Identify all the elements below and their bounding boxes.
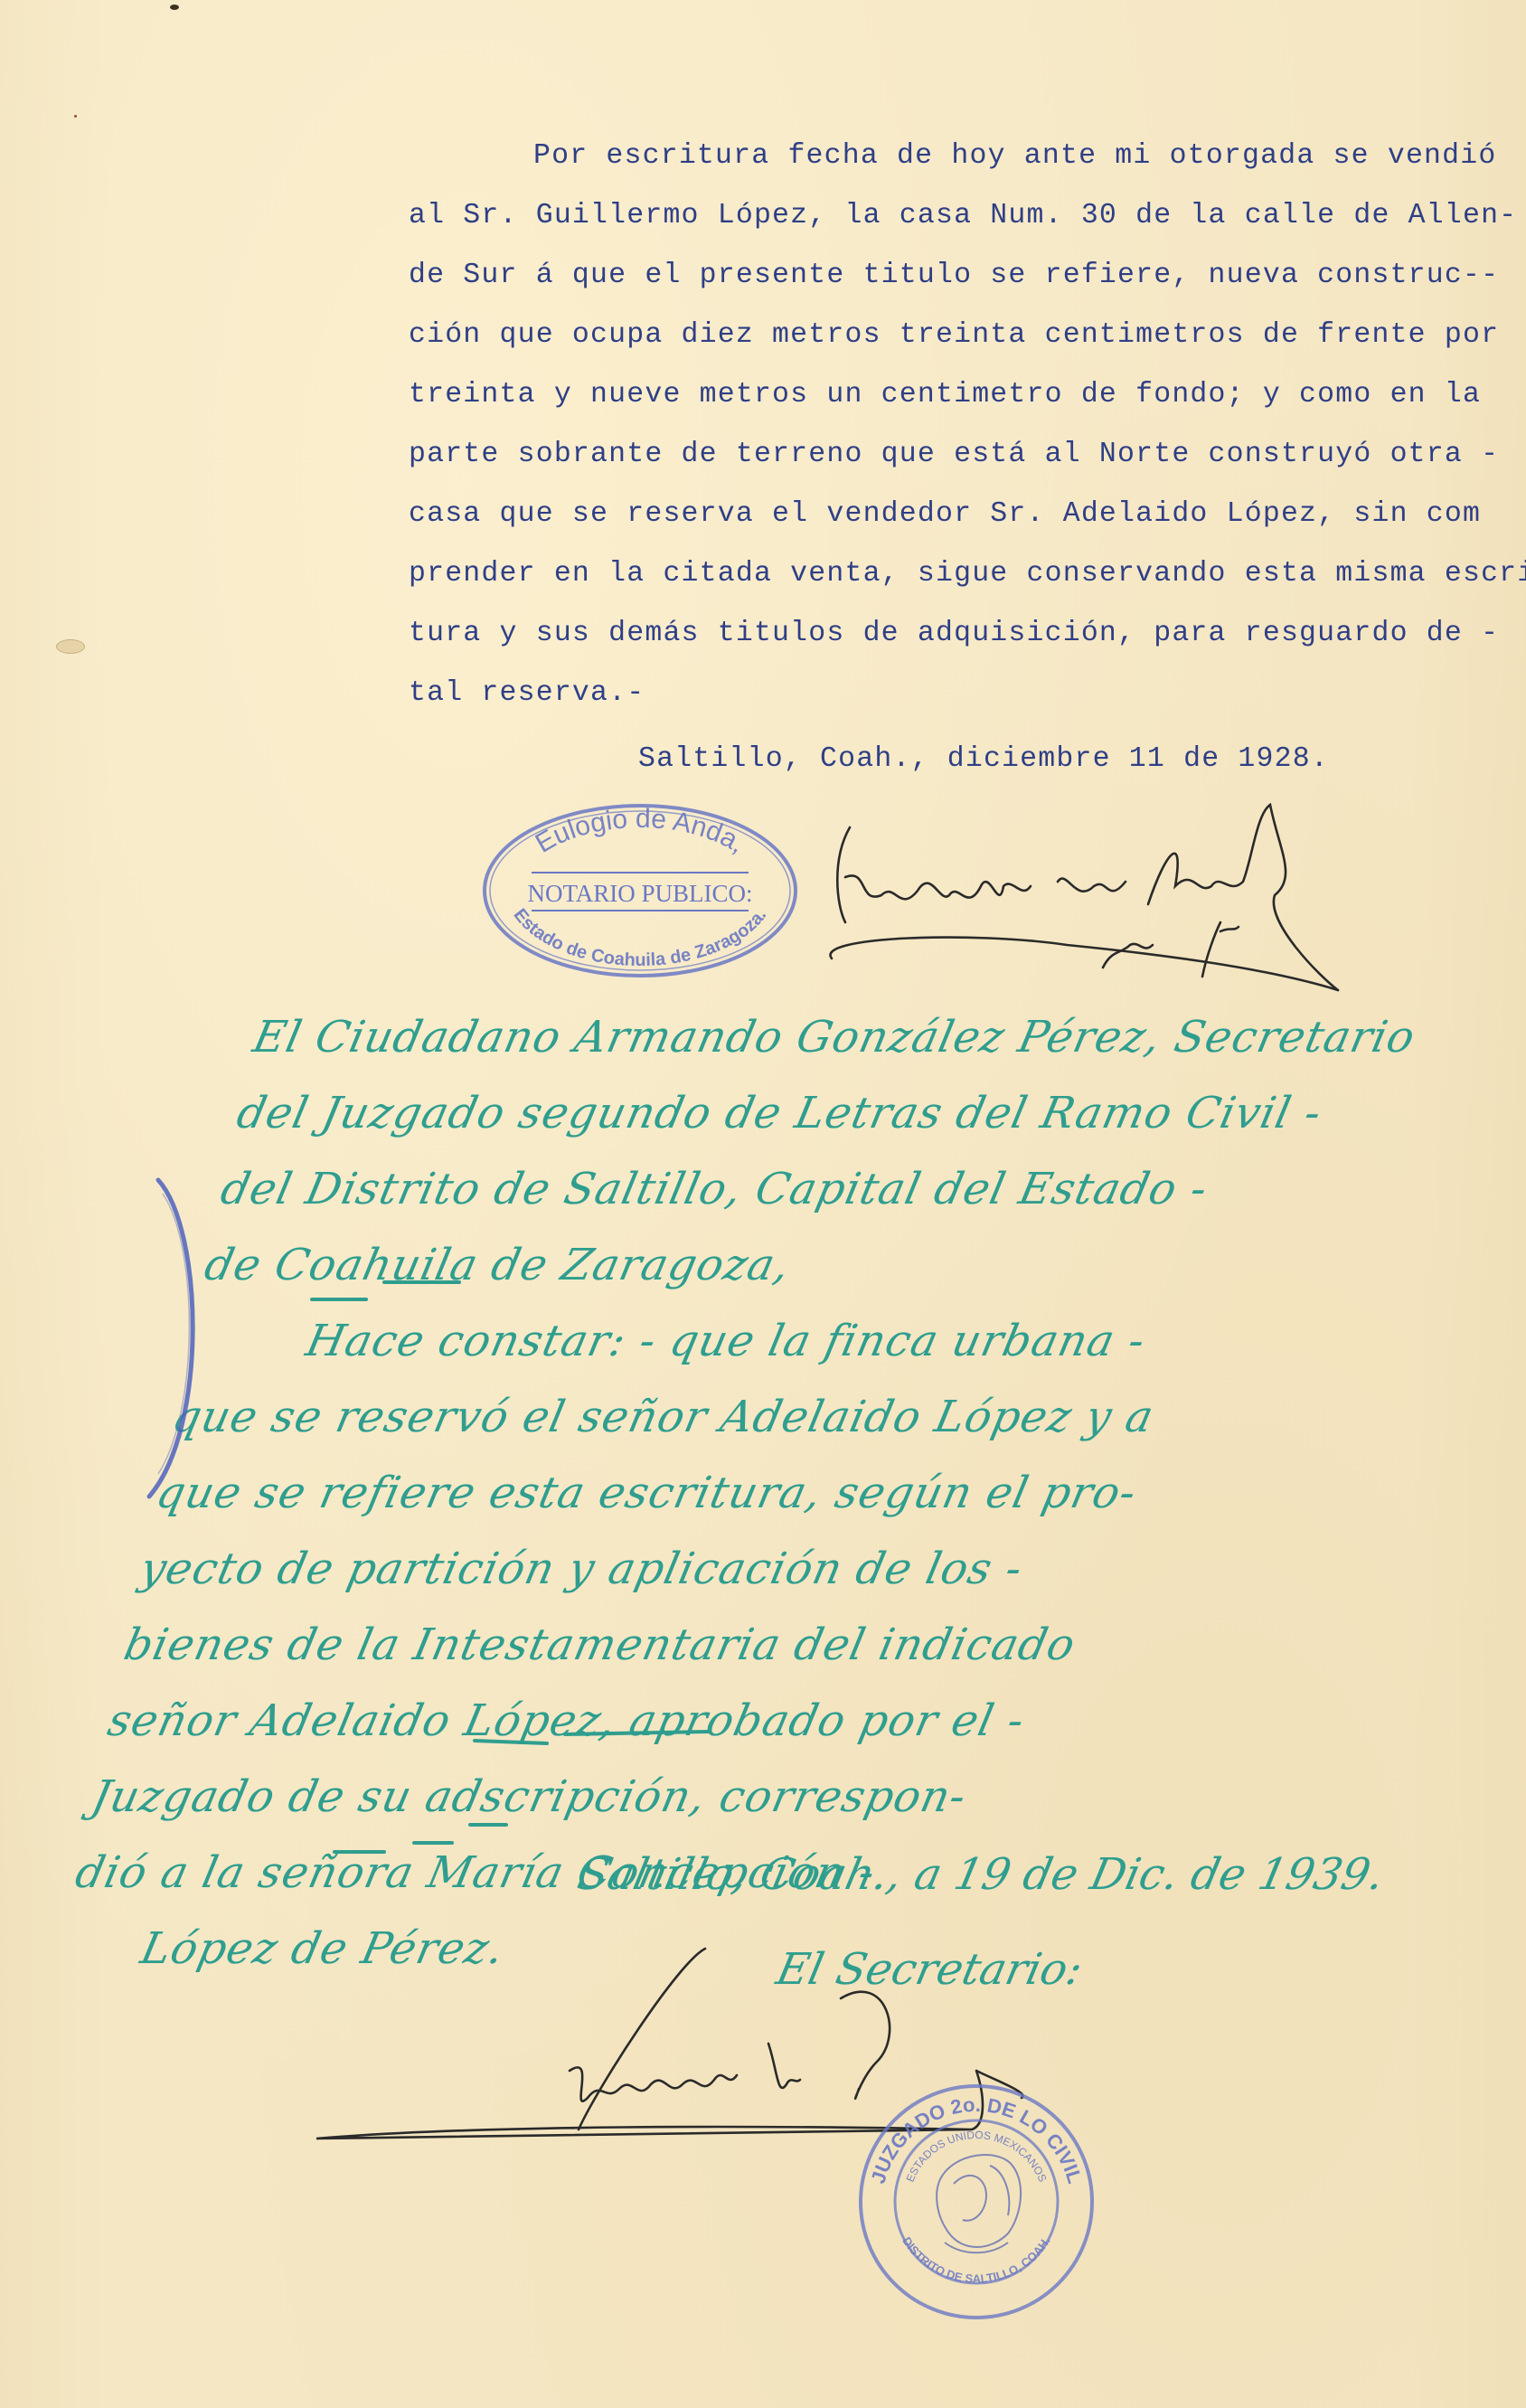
notary-signature — [796, 796, 1374, 1004]
typed-line: al Sr. Guillermo López, la casa Num. 30 … — [409, 186, 1521, 246]
typed-line: treinta y nueve metros un centimetro de … — [409, 365, 1521, 425]
handwritten-line: El Ciudadano Armando González Pérez, Sec… — [246, 999, 1519, 1075]
paper-speck — [170, 5, 179, 10]
secretary-signature — [298, 1908, 1401, 2152]
notary-stamp-top-text: Eulogio de Anda, — [531, 804, 751, 859]
typed-paragraph: Por escritura fecha de hoy ante mi otorg… — [409, 127, 1521, 723]
margin-stamp-arc — [140, 1176, 212, 1501]
handwritten-line-hace-constar: Hace constar: - que la finca urbana - — [182, 1303, 1455, 1379]
typed-line: casa que se reserva el vendedor Sr. Adel… — [409, 485, 1521, 544]
court-stamp-bottom-text: DISTRITO DE SALTILLO, COAH. — [900, 2234, 1052, 2286]
handwritten-annotation: El Ciudadano Armando González Pérez, Sec… — [52, 999, 1519, 1987]
typed-line: Por escritura fecha de hoy ante mi otorg… — [409, 127, 1521, 186]
typed-line: tal reserva.- — [409, 664, 1521, 723]
eagle-emblem-icon — [937, 2155, 1021, 2252]
typed-line: de Sur á que el presente titulo se refie… — [409, 246, 1521, 306]
handwritten-line: del Juzgado segundo de Letras del Ramo C… — [230, 1075, 1502, 1151]
handwritten-line: del Distrito de Saltillo, Capital del Es… — [213, 1151, 1486, 1227]
handwritten-line: Juzgado de su adscripción, correspon- — [85, 1759, 1358, 1835]
svg-text:DISTRITO DE SALTILLO, COAH.: DISTRITO DE SALTILLO, COAH. — [900, 2234, 1052, 2286]
handwritten-line: que se refiere esta escritura, según el … — [149, 1455, 1422, 1531]
handwritten-line: bienes de la Intestamentaria del indicad… — [117, 1607, 1389, 1683]
handwritten-line: que se reservó el señor Adelaido López y… — [165, 1379, 1438, 1455]
typed-line: prender en la citada venta, sigue conser… — [409, 544, 1521, 604]
court-stamp: JUZGADO 2o. DE LO CIVIL ESTADOS UNIDOS M… — [854, 2080, 1098, 2324]
typed-line: ción que ocupa diez metros treinta centi… — [409, 306, 1521, 365]
handwritten-line: de Coahuila de Zaragoza, — [198, 1227, 1471, 1303]
notary-stamp-center-text: NOTARIO PUBLICO: — [527, 880, 752, 907]
typed-line: parte sobrante de terreno que está al No… — [409, 425, 1521, 485]
paper-speck — [56, 639, 85, 654]
svg-text:Eulogio de Anda,: Eulogio de Anda, — [531, 804, 751, 859]
typed-line: tura y sus demás titulos de adquisición,… — [409, 604, 1521, 664]
notary-stamp: Eulogio de Anda, NOTARIO PUBLICO: Estado… — [477, 800, 803, 981]
typed-place-date: Saltillo, Coah., diciembre 11 de 1928. — [638, 743, 1329, 775]
handwritten-line: yecto de partición y aplicación de los - — [133, 1531, 1406, 1607]
handwritten-place-date: Saltillo, Coah., a 19 de Dic. de 1939. — [573, 1849, 1389, 1900]
paper-speck — [74, 115, 77, 118]
handwritten-line: señor Adelaido López, aprobado por el - — [100, 1683, 1373, 1759]
